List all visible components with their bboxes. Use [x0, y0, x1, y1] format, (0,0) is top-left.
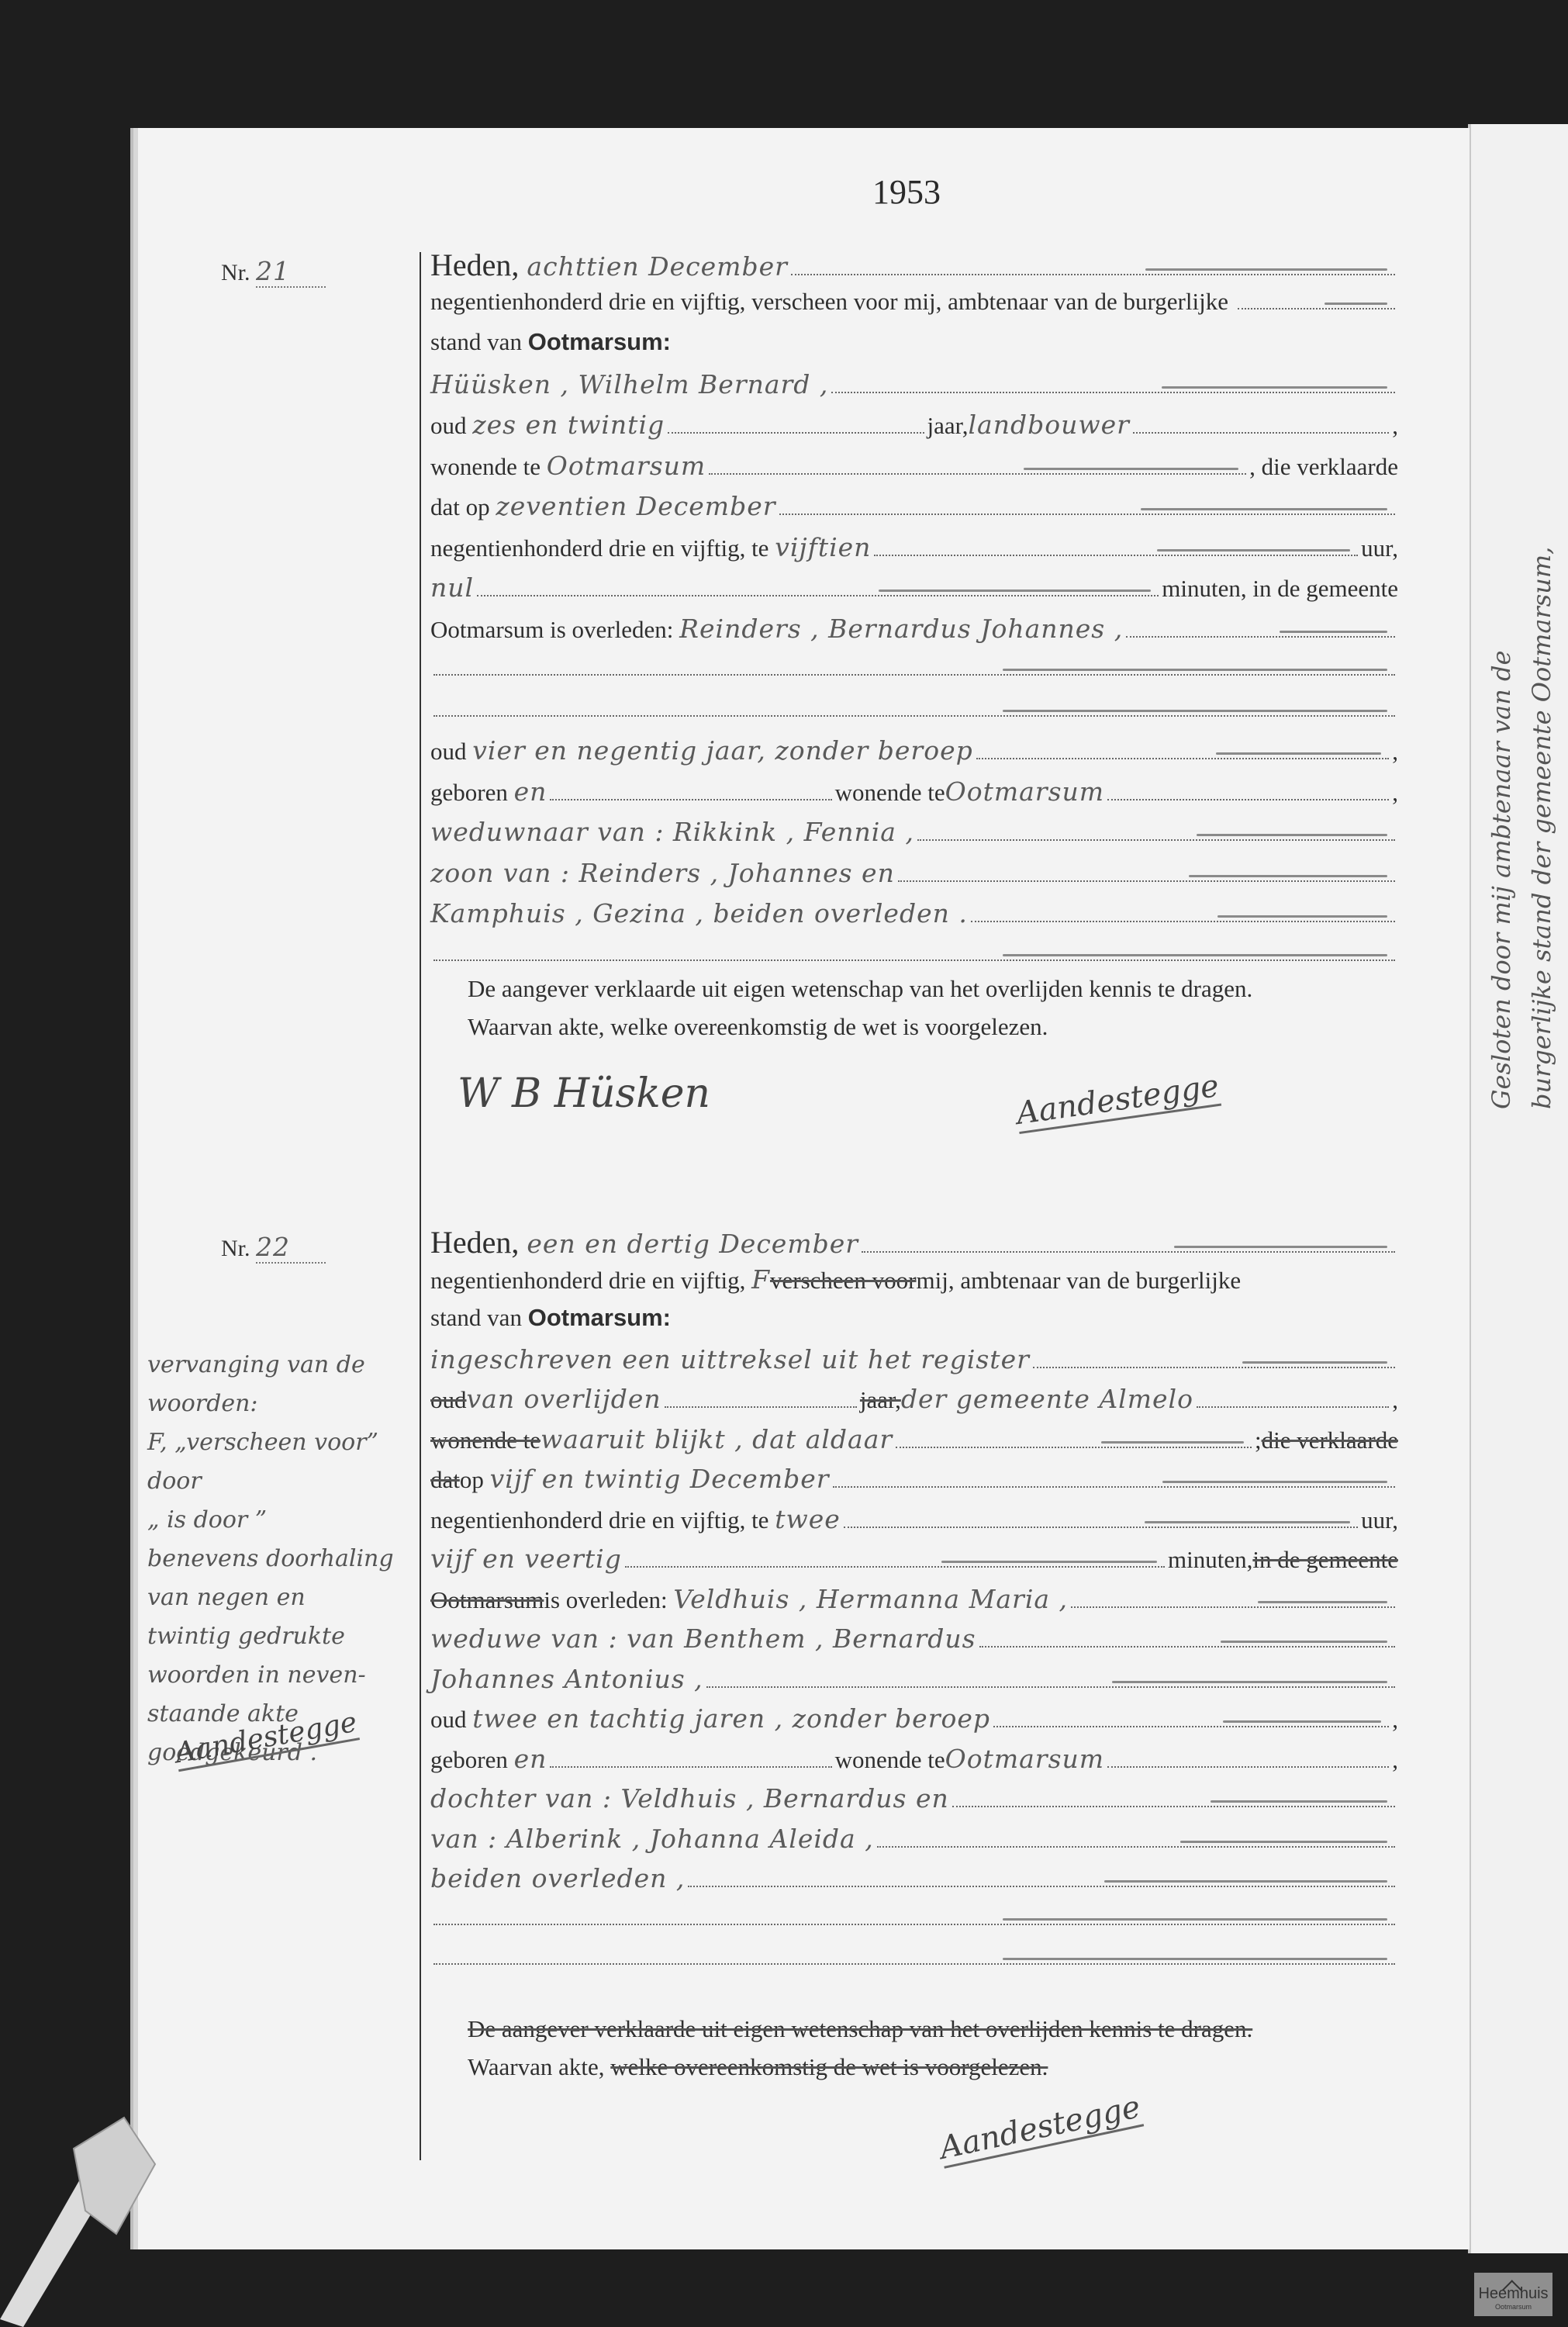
- margin-note-line: door: [147, 1462, 411, 1501]
- dotted-fill: [433, 654, 1395, 676]
- dotted-fill: [433, 1943, 1395, 1965]
- page-clip-object: [0, 2063, 171, 2327]
- dotted-fill: [993, 1706, 1389, 1727]
- municipality-name: Ootmarsum:: [528, 328, 671, 356]
- record-number: Nr. 21: [221, 256, 326, 288]
- dotted-fill: [550, 779, 831, 800]
- dotted-fill: [979, 1626, 1395, 1648]
- form-line: negentienhonderd drie en vijftig, te vij…: [430, 532, 1398, 566]
- record-number: Nr. 22: [221, 1232, 326, 1264]
- dotted-fill: [1107, 1746, 1389, 1768]
- form-line: weduwe van : van Benthem , Bernardus: [430, 1623, 1398, 1658]
- printed-text: stand van: [430, 328, 528, 356]
- printed-text: minuten,: [1168, 1546, 1252, 1574]
- page-year: 1953: [872, 172, 941, 212]
- handwritten-entry: vijftien: [775, 532, 871, 562]
- form-line: [430, 654, 1398, 688]
- dotted-fill: [1033, 1347, 1395, 1368]
- printed-text: ,: [1392, 412, 1398, 440]
- printed-text: uur,: [1361, 534, 1398, 562]
- dotted-fill: [917, 819, 1395, 841]
- margin-annotation: vervanging van dewoorden:F, „verscheen v…: [147, 1346, 411, 1772]
- printed-text: oud: [430, 738, 472, 766]
- margin-note-line: woorden:: [147, 1385, 411, 1423]
- form-line: Hüüsken , Wilhelm Bernard ,: [430, 369, 1398, 403]
- handwritten-entry: zeventien December: [496, 491, 775, 521]
- handwritten-entry: der gemeente Almelo: [901, 1384, 1193, 1414]
- printed-text: dat op: [430, 493, 496, 521]
- dotted-fill: [971, 901, 1395, 922]
- printed-text: op: [460, 1466, 490, 1494]
- dotted-fill: [898, 860, 1395, 882]
- handwritten-entry: ingeschreven een uittreksel uit het regi…: [430, 1344, 1030, 1374]
- record-number-value: 21: [256, 256, 326, 288]
- printed-text: Heden,: [430, 1224, 527, 1260]
- form-line: oud zes en twintigjaar, landbouwer,: [430, 410, 1398, 444]
- form-line: oud van overlijdenjaar, der gemeente Alm…: [430, 1384, 1398, 1418]
- struck-printed-text: dat: [430, 1466, 460, 1494]
- dotted-fill: [1133, 412, 1389, 434]
- handwritten-insert: F: [751, 1264, 770, 1295]
- form-line: wonende te waaruit blijkt , dat aldaar; …: [430, 1424, 1398, 1458]
- handwritten-entry: en: [514, 1744, 547, 1774]
- dotted-fill: [433, 695, 1395, 717]
- handwritten-entry: vier en negentig jaar, zonder beroep: [472, 735, 972, 766]
- dotted-fill: [1238, 288, 1395, 309]
- closing-line-1: De aangever verklaarde uit eigen wetensc…: [468, 975, 1252, 1003]
- form-line: weduwnaar van : Rikkink , Fennia ,: [430, 817, 1398, 851]
- column-rule-record-21: [420, 252, 421, 1253]
- margin-note-line: F, „verscheen voor”: [147, 1423, 411, 1462]
- form-line: zoon van : Reinders , Johannes en: [430, 858, 1398, 892]
- printed-text: ,: [1392, 1746, 1398, 1774]
- handwritten-entry: zes en twintig: [472, 410, 665, 440]
- handwritten-entry: nul: [430, 572, 474, 603]
- dotted-fill: [779, 493, 1395, 515]
- form-line: negentienhonderd drie en vijftig, te twe…: [430, 1504, 1398, 1538]
- handwritten-entry: weduwe van : van Benthem , Bernardus: [430, 1623, 976, 1654]
- form-line: Heden, een en dertig December: [430, 1224, 1398, 1258]
- dotted-fill: [844, 1506, 1358, 1528]
- form-line: Ootmarsum is overleden: Reinders , Berna…: [430, 614, 1398, 648]
- printed-text: minuten, in de gemeente: [1162, 575, 1398, 603]
- handwritten-entry: waaruit blijkt , dat aldaar: [541, 1424, 893, 1454]
- form-line: dat op zeventien December: [430, 491, 1398, 525]
- dotted-fill: [709, 453, 1246, 475]
- margin-note-line: „ is door ”: [147, 1501, 411, 1540]
- closing-line-2: Waarvan akte, welke overeenkomstig de we…: [468, 1013, 1048, 1041]
- handwritten-entry: landbouwer: [968, 410, 1129, 440]
- handwritten-entry: Hüüsken , Wilhelm Bernard ,: [430, 369, 828, 399]
- form-line: dat op vijf en twintig December: [430, 1464, 1398, 1498]
- form-line: geboren enwonende te Ootmarsum,: [430, 1744, 1398, 1778]
- form-line: [430, 1943, 1398, 1977]
- handwritten-entry: Veldhuis , Hermanna Maria ,: [673, 1584, 1068, 1614]
- printed-text: wonende te: [430, 453, 547, 481]
- dotted-fill: [688, 1865, 1395, 1887]
- dotted-fill: [706, 1666, 1395, 1688]
- handwritten-entry: beiden overleden ,: [430, 1863, 685, 1893]
- printed-text: ,: [1392, 779, 1398, 807]
- printed-text: ;: [1255, 1426, 1262, 1454]
- form-line: dochter van : Veldhuis , Bernardus en: [430, 1783, 1398, 1817]
- struck-printed-text: Ootmarsum: [430, 1586, 544, 1614]
- form-line: vijf en veertigminuten, in de gemeente: [430, 1544, 1398, 1578]
- printed-text: jaar,: [927, 412, 969, 440]
- form-line: Heden, achttien December: [430, 247, 1398, 281]
- margin-note-line: vervanging van de: [147, 1346, 411, 1385]
- form-line: stand van Ootmarsum:: [430, 1304, 1398, 1338]
- printed-text: negentienhonderd drie en vijftig,: [430, 1267, 751, 1295]
- struck-printed-text: in de gemeente: [1252, 1546, 1398, 1574]
- form-line: wonende te Ootmarsum, die verklaarde: [430, 451, 1398, 485]
- column-rule-record-22: [420, 1229, 421, 2160]
- printed-text: is overleden:: [544, 1586, 673, 1614]
- printed-text: oud: [430, 1706, 472, 1734]
- dotted-fill: [877, 1826, 1395, 1848]
- handwritten-entry: vijf en veertig: [430, 1544, 622, 1574]
- printed-text: geboren: [430, 779, 514, 807]
- form-line: Ootmarsum is overleden: Veldhuis , Herma…: [430, 1584, 1398, 1618]
- handwritten-entry: van overlijden: [467, 1384, 661, 1414]
- handwritten-entry: Reinders , Bernardus Johannes ,: [679, 614, 1123, 644]
- form-line: Kamphuis , Gezina , beiden overleden .: [430, 898, 1398, 932]
- handwritten-entry: weduwnaar van : Rikkink , Fennia ,: [430, 817, 914, 847]
- printed-text: negentienhonderd drie en vijftig, versch…: [430, 288, 1235, 316]
- closing-line-2: Waarvan akte, welke overeenkomstig de we…: [468, 2053, 1048, 2081]
- form-line: Johannes Antonius ,: [430, 1664, 1398, 1698]
- handwritten-entry: twee: [775, 1504, 841, 1534]
- printed-text: wonende te: [835, 1746, 945, 1774]
- form-line: nulminuten, in de gemeente: [430, 572, 1398, 607]
- printed-text: wonende te: [835, 779, 945, 807]
- form-line: oud twee en tachtig jaren , zonder beroe…: [430, 1703, 1398, 1737]
- dotted-fill: [976, 738, 1390, 759]
- form-line: negentienhonderd drie en vijftig, Fversc…: [430, 1264, 1398, 1298]
- printed-text: , die verklaarde: [1249, 453, 1398, 481]
- margin-note-line: twintig gedrukte: [147, 1617, 411, 1656]
- printed-text: mij, ambtenaar van de burgerlijke: [916, 1267, 1241, 1295]
- margin-note-line: woorden in neven-: [147, 1656, 411, 1695]
- dotted-fill: [477, 575, 1159, 596]
- dotted-fill: [1197, 1386, 1389, 1408]
- printed-text: uur,: [1361, 1506, 1398, 1534]
- handwritten-entry: Ootmarsum: [945, 776, 1104, 807]
- printed-text: ,: [1392, 1386, 1398, 1414]
- printed-text: stand van: [430, 1304, 528, 1332]
- printed-text: negentienhonderd drie en vijftig, te: [430, 1506, 775, 1534]
- handwritten-entry: een en dertig December: [527, 1229, 858, 1259]
- printed-text: geboren: [430, 1746, 514, 1774]
- margin-note-line: van negen en: [147, 1578, 411, 1617]
- form-line: geboren enwonende te Ootmarsum,: [430, 776, 1398, 811]
- closing-line-1-struck: De aangever verklaarde uit eigen wetensc…: [468, 2015, 1252, 2043]
- dotted-fill: [791, 254, 1395, 275]
- printed-text: ,: [1392, 738, 1398, 766]
- dotted-fill: [433, 939, 1395, 961]
- handwritten-entry: Johannes Antonius ,: [430, 1664, 703, 1694]
- form-line: oud vier en negentig jaar, zonder beroep…: [430, 735, 1398, 769]
- vertical-closing-annotation: Gesloten door mij ambtenaar van deburger…: [1481, 101, 1562, 1109]
- margin-note-line: benevens doorhaling: [147, 1540, 411, 1578]
- handwritten-entry: dochter van : Veldhuis , Bernardus en: [430, 1783, 949, 1814]
- printed-text: oud: [430, 412, 472, 440]
- form-line: [430, 939, 1398, 973]
- dotted-fill: [1126, 616, 1395, 638]
- vertical-note-line: Gesloten door mij ambtenaar van de: [1481, 101, 1521, 1109]
- municipality-name: Ootmarsum:: [528, 1304, 671, 1332]
- dotted-fill: [874, 534, 1358, 556]
- handwritten-entry: Ootmarsum: [547, 451, 706, 481]
- signature-declarant: W B Hüsken: [458, 1070, 710, 1117]
- struck-printed-text: jaar,: [860, 1386, 901, 1414]
- form-line: van : Alberink , Johanna Aleida ,: [430, 1824, 1398, 1858]
- dotted-fill: [1107, 779, 1389, 800]
- form-line: ingeschreven een uittreksel uit het regi…: [430, 1344, 1398, 1378]
- dotted-fill: [665, 1386, 857, 1408]
- dotted-fill: [668, 412, 924, 434]
- handwritten-entry: en: [514, 776, 547, 807]
- form-line: [430, 1903, 1398, 1938]
- printed-text: ,: [1392, 1706, 1398, 1734]
- handwritten-entry: twee en tachtig jaren , zonder beroep: [472, 1703, 990, 1734]
- form-line: stand van Ootmarsum:: [430, 328, 1398, 362]
- handwritten-entry: Kamphuis , Gezina , beiden overleden .: [430, 898, 968, 928]
- dotted-fill: [952, 1786, 1395, 1807]
- printed-text: Ootmarsum is overleden:: [430, 616, 679, 644]
- dotted-fill: [833, 1466, 1396, 1488]
- struck-printed-text: wonende te: [430, 1426, 541, 1454]
- handwritten-entry: zoon van : Reinders , Johannes en: [430, 858, 895, 888]
- dotted-fill: [550, 1746, 831, 1768]
- dotted-fill: [831, 372, 1395, 393]
- struck-printed-text: oud: [430, 1386, 467, 1414]
- form-line: beiden overleden ,: [430, 1863, 1398, 1897]
- vertical-note-line: burgerlijke stand der gemeente Ootmarsum…: [1521, 101, 1562, 1109]
- form-line: negentienhonderd drie en vijftig, versch…: [430, 288, 1398, 322]
- dotted-fill: [1071, 1586, 1395, 1608]
- handwritten-entry: achttien December: [527, 251, 787, 282]
- handwritten-entry: van : Alberink , Johanna Aleida ,: [430, 1824, 874, 1854]
- dotted-fill: [862, 1231, 1395, 1253]
- form-line: [430, 695, 1398, 729]
- dotted-fill: [896, 1426, 1252, 1448]
- struck-printed-text: die verklaarde: [1262, 1426, 1398, 1454]
- heemhuis-logo: Heemhuis Ootmarsum: [1474, 2273, 1552, 2316]
- dotted-fill: [625, 1546, 1165, 1568]
- printed-text: Heden,: [430, 247, 527, 283]
- printed-text: negentienhonderd drie en vijftig, te: [430, 534, 775, 562]
- record-number-value: 22: [256, 1232, 326, 1264]
- struck-printed-text: verscheen voor: [770, 1267, 917, 1295]
- handwritten-entry: vijf en twintig December: [490, 1464, 830, 1494]
- dotted-fill: [433, 1903, 1395, 1925]
- handwritten-entry: Ootmarsum: [945, 1744, 1104, 1774]
